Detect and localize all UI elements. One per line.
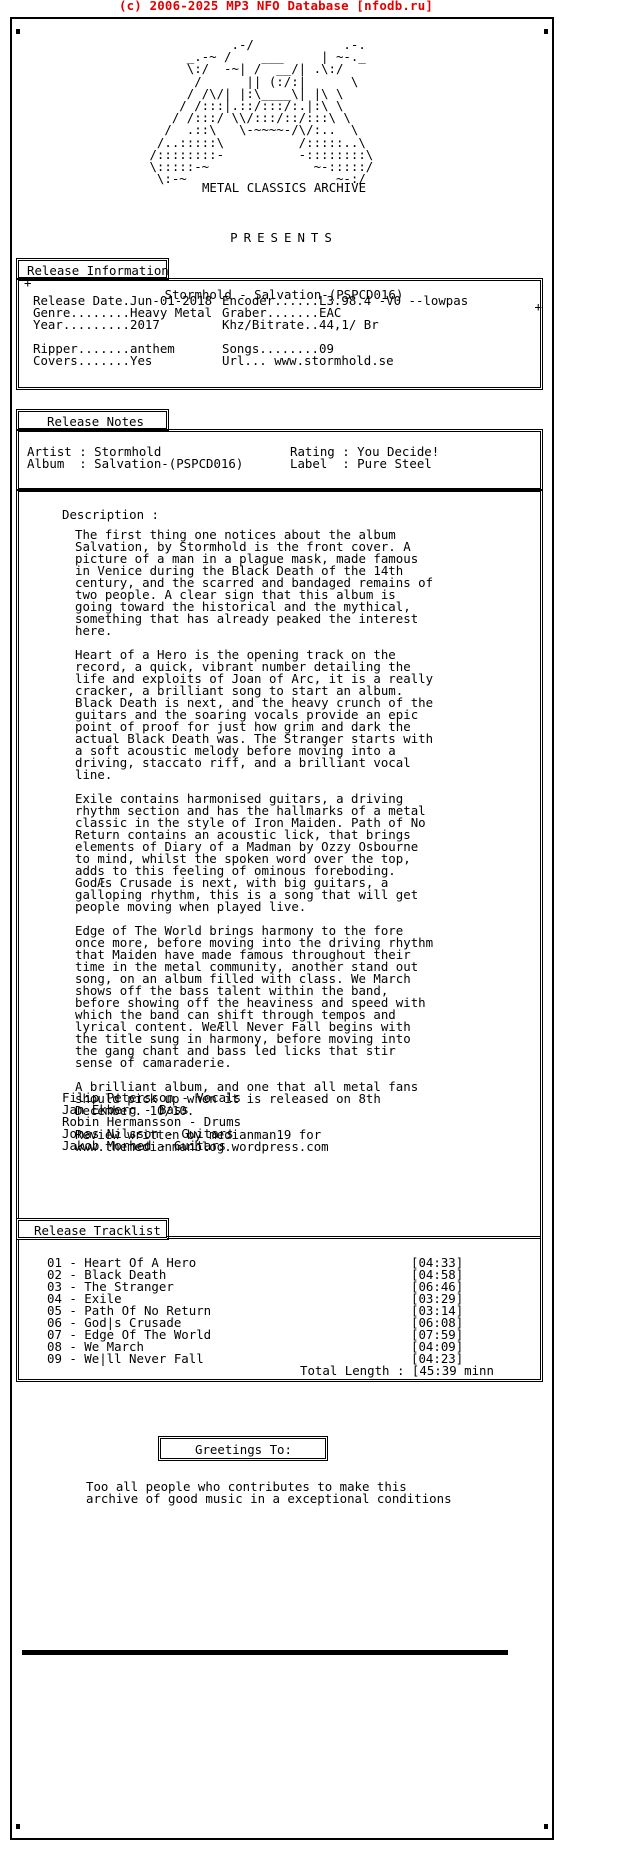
- label-row: Label : Pure Steel: [290, 458, 432, 470]
- release-info-right-column: Encoder......L3.98.4 -V0 --lowpasGraber.…: [222, 295, 468, 367]
- field-value: 44,1/ Br: [319, 317, 379, 332]
- tab-release-information: Release Information: [16, 258, 169, 280]
- tab-release-notes: Release Notes: [16, 409, 169, 431]
- field-value: 2017: [130, 317, 160, 332]
- corner-marker: [16, 29, 20, 34]
- description-body: The first thing one notices about the al…: [75, 529, 433, 1165]
- tracklist-rule: [167, 1236, 540, 1239]
- total-length: Total Length : [45:39 minn: [300, 1365, 494, 1377]
- description-box: Description : The first thing one notice…: [16, 489, 543, 1382]
- presents-heading: PRESENTS: [12, 232, 556, 244]
- label-value: Pure Steel: [357, 456, 432, 471]
- greetings-text: Too all people who contributes to make t…: [86, 1481, 452, 1505]
- release-info-left-column: Release Date.Jun-01-2018Genre........Hea…: [33, 295, 212, 367]
- logo-ascii-art: .-/ .-. _.-~ / ___ | ~-._ \:/ -~| / __/|…: [142, 39, 373, 185]
- release-info-box: Release Date.Jun-01-2018Genre........Hea…: [16, 278, 543, 390]
- release-info-row: Year.........2017: [33, 319, 212, 331]
- label-label: Label :: [290, 456, 350, 471]
- description-paragraph: Heart of a Hero is the opening track on …: [75, 649, 433, 781]
- field-value: www.stormhold.se: [274, 353, 393, 368]
- copyright-link[interactable]: (c) 2006-2025 MP3 NFO Database [nfodb.ru…: [0, 0, 552, 12]
- section-divider: [22, 1650, 508, 1655]
- description-paragraph: Edge of The World brings harmony to the …: [75, 925, 433, 1069]
- nfo-frame: .-/ .-. _.-~ / ___ | ~-._ \:/ -~| / __/|…: [10, 17, 554, 1840]
- corner-marker: [544, 29, 548, 34]
- album-row: Album : Salvation-(PSPCD016): [27, 458, 243, 470]
- tab-label: Greetings To:: [195, 1444, 292, 1456]
- description-paragraph: Exile contains harmonised guitars, a dri…: [75, 793, 433, 913]
- total-length-label: Total Length :: [300, 1363, 404, 1378]
- total-length-value: [45:39 minn: [412, 1363, 494, 1378]
- description-heading: Description :: [62, 509, 159, 521]
- release-info-row: Url... www.stormhold.se: [222, 355, 468, 367]
- band-member: Jakob Morhed - Guitars: [62, 1140, 241, 1152]
- greetings-tab: Greetings To:: [158, 1436, 328, 1461]
- release-info-row: Covers.......Yes: [33, 355, 212, 367]
- archive-title: METAL CLASSICS ARCHIVE: [12, 182, 556, 194]
- track-list: 01 - Heart Of A Hero[04:33]02 - Black De…: [47, 1257, 467, 1365]
- tab-label: Release Tracklist: [34, 1225, 161, 1237]
- field-value: Yes: [130, 353, 152, 368]
- corner-marker: [544, 1824, 548, 1829]
- tab-release-tracklist: Release Tracklist: [16, 1218, 169, 1240]
- album-value: Salvation-(PSPCD016): [94, 456, 243, 471]
- corner-marker: [16, 1824, 20, 1829]
- tab-label: Release Notes: [47, 416, 144, 428]
- description-paragraph: The first thing one notices about the al…: [75, 529, 433, 637]
- release-info-row: Khz/Bitrate..44,1/ Br: [222, 319, 468, 331]
- album-label: Album :: [27, 456, 87, 471]
- field-label: Khz/Bitrate..: [222, 317, 319, 332]
- field-label: Covers.......: [33, 353, 130, 368]
- field-label: Year.........: [33, 317, 130, 332]
- release-notes-header-box: Artist : Stormhold Album : Salvation-(PS…: [16, 429, 543, 491]
- track-title: 09 - We|ll Never Fall: [47, 1351, 204, 1366]
- band-lineup: Filip Petersson - VocalsJan Ekberg - Bas…: [62, 1092, 241, 1152]
- field-label: Url...: [222, 353, 274, 368]
- tab-label: Release Information: [27, 265, 169, 277]
